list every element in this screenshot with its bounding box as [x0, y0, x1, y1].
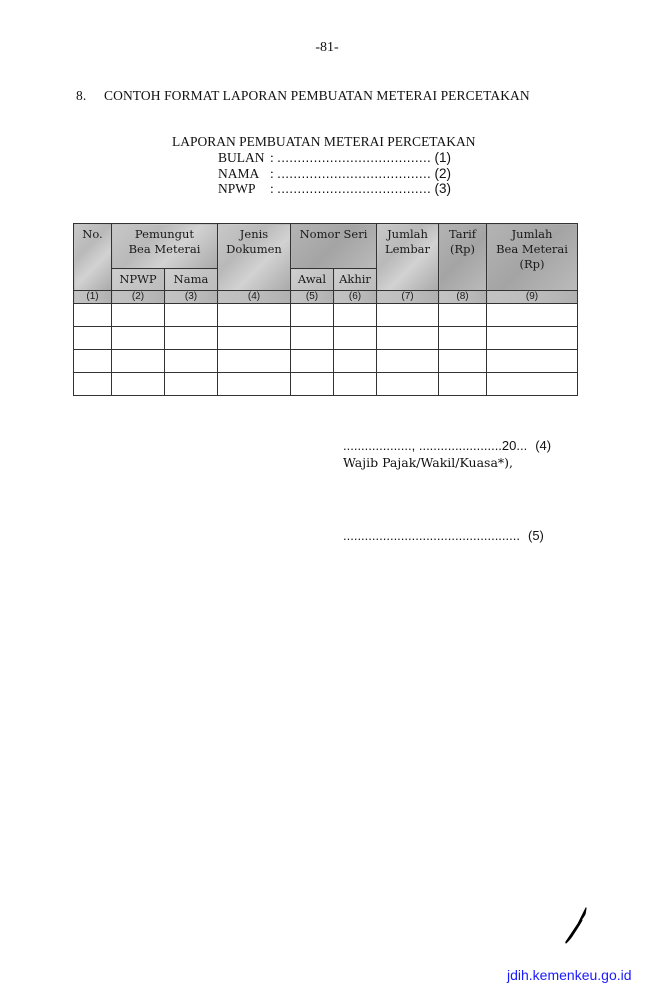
header-no-label: No. — [82, 227, 102, 241]
header-jumlah-bea-meterai: Jumlah Bea Meterai (Rp) — [487, 224, 578, 291]
field-ref: (3) — [434, 181, 451, 196]
header-pemungut-line2: Bea Meterai — [112, 242, 217, 257]
table-cell[interactable] — [291, 327, 334, 350]
column-number: (1) — [74, 291, 112, 304]
table-cell[interactable] — [74, 304, 112, 327]
report-fields: BULAN: .................................… — [218, 150, 451, 197]
signature-role: Wajib Pajak/Wakil/Kuasa*), — [343, 455, 513, 470]
table-cell[interactable] — [487, 350, 578, 373]
signature-place-date: ..................., ...................… — [343, 438, 551, 453]
section-number: 8. — [76, 88, 104, 104]
field-npwp: NPWP: ..................................… — [218, 181, 451, 197]
header-jumlah-lembar: Jumlah Lembar — [377, 224, 439, 291]
table-cell[interactable] — [165, 350, 218, 373]
table-row — [74, 327, 578, 350]
column-number: (3) — [165, 291, 218, 304]
table-cell[interactable] — [377, 373, 439, 396]
header-jenis-line1: Jenis — [218, 227, 290, 242]
header-tarif: Tarif (Rp) — [439, 224, 487, 291]
field-blank: ...................................... — [277, 181, 431, 196]
field-blank: ...................................... — [277, 150, 431, 165]
column-number: (7) — [377, 291, 439, 304]
initial-signature-icon — [562, 906, 592, 946]
table-cell[interactable] — [334, 373, 377, 396]
table-cell[interactable] — [165, 327, 218, 350]
column-number: (2) — [112, 291, 165, 304]
header-pemungut: Pemungut Bea Meterai — [112, 224, 218, 269]
table-cell[interactable] — [74, 327, 112, 350]
table-cell[interactable] — [439, 327, 487, 350]
table-row — [74, 304, 578, 327]
header-nomor-seri: Nomor Seri — [291, 224, 377, 269]
table-cell[interactable] — [218, 373, 291, 396]
table-cell[interactable] — [112, 373, 165, 396]
table-cell[interactable] — [334, 304, 377, 327]
section-heading: 8.CONTOH FORMAT LAPORAN PEMBUATAN METERA… — [76, 88, 530, 104]
table-cell[interactable] — [74, 373, 112, 396]
table-cell[interactable] — [439, 304, 487, 327]
table-cell[interactable] — [165, 304, 218, 327]
place-date-blank: ..................., ...................… — [343, 438, 527, 453]
field-bulan: BULAN: .................................… — [218, 150, 451, 166]
table-row — [74, 350, 578, 373]
field-label: NAMA — [218, 166, 270, 182]
field-blank: ...................................... — [277, 166, 431, 181]
table-cell[interactable] — [218, 350, 291, 373]
field-label: BULAN — [218, 150, 270, 166]
column-number: (9) — [487, 291, 578, 304]
field-ref: (1) — [434, 150, 451, 165]
header-jumlah-bea-line1: Jumlah — [487, 227, 577, 242]
page-number: -81- — [0, 40, 654, 56]
table-cell[interactable] — [291, 304, 334, 327]
header-jumlah-lembar-line1: Jumlah — [377, 227, 438, 242]
header-nama: Nama — [165, 269, 218, 291]
table-cell[interactable] — [218, 327, 291, 350]
footer-link[interactable]: jdih.kemenkeu.go.id — [507, 967, 632, 983]
header-akhir: Akhir — [334, 269, 377, 291]
field-separator: : — [270, 150, 274, 165]
table-cell[interactable] — [112, 304, 165, 327]
table-cell[interactable] — [74, 350, 112, 373]
column-number: (4) — [218, 291, 291, 304]
header-awal: Awal — [291, 269, 334, 291]
report-title: LAPORAN PEMBUATAN METERAI PERCETAKAN — [172, 134, 475, 150]
column-number: (5) — [291, 291, 334, 304]
field-separator: : — [270, 181, 274, 196]
field-label: NPWP — [218, 181, 270, 197]
table-cell[interactable] — [218, 304, 291, 327]
table-cell[interactable] — [377, 327, 439, 350]
place-date-ref: (4) — [535, 438, 551, 453]
header-jumlah-bea-line3: (Rp) — [487, 257, 577, 272]
name-ref: (5) — [528, 528, 544, 543]
field-ref: (2) — [434, 166, 451, 181]
field-nama: NAMA: ..................................… — [218, 166, 451, 182]
table-cell[interactable] — [487, 304, 578, 327]
signature-name-line: ........................................… — [343, 528, 544, 543]
column-number: (8) — [439, 291, 487, 304]
table-cell[interactable] — [291, 350, 334, 373]
column-number: (6) — [334, 291, 377, 304]
table-row — [74, 373, 578, 396]
header-jumlah-bea-line2: Bea Meterai — [487, 242, 577, 257]
header-jenis-dokumen: Jenis Dokumen — [218, 224, 291, 291]
table-cell[interactable] — [439, 350, 487, 373]
table-cell[interactable] — [377, 304, 439, 327]
table-cell[interactable] — [487, 373, 578, 396]
column-number-row: (1) (2) (3) (4) (5) (6) (7) (8) (9) — [74, 291, 578, 304]
table-cell[interactable] — [291, 373, 334, 396]
header-no: No. — [74, 224, 112, 291]
table-cell[interactable] — [165, 373, 218, 396]
header-tarif-line1: Tarif — [439, 227, 486, 242]
table-cell[interactable] — [377, 350, 439, 373]
header-jumlah-lembar-line2: Lembar — [377, 242, 438, 257]
header-npwp: NPWP — [112, 269, 165, 291]
header-nomor-seri-label: Nomor Seri — [291, 227, 376, 242]
table-cell[interactable] — [334, 350, 377, 373]
table-cell[interactable] — [112, 327, 165, 350]
table-cell[interactable] — [334, 327, 377, 350]
section-title: CONTOH FORMAT LAPORAN PEMBUATAN METERAI … — [104, 88, 530, 103]
header-jenis-line2: Dokumen — [218, 242, 290, 257]
report-table: No. Pemungut Bea Meterai Jenis Dokumen N… — [73, 223, 578, 396]
header-pemungut-line1: Pemungut — [112, 227, 217, 242]
field-separator: : — [270, 166, 274, 181]
table-cell[interactable] — [439, 373, 487, 396]
header-row-primary: No. Pemungut Bea Meterai Jenis Dokumen N… — [74, 224, 578, 269]
header-tarif-line2: (Rp) — [439, 242, 486, 257]
table-cell[interactable] — [487, 327, 578, 350]
name-blank: ........................................… — [343, 528, 520, 543]
table-cell[interactable] — [112, 350, 165, 373]
